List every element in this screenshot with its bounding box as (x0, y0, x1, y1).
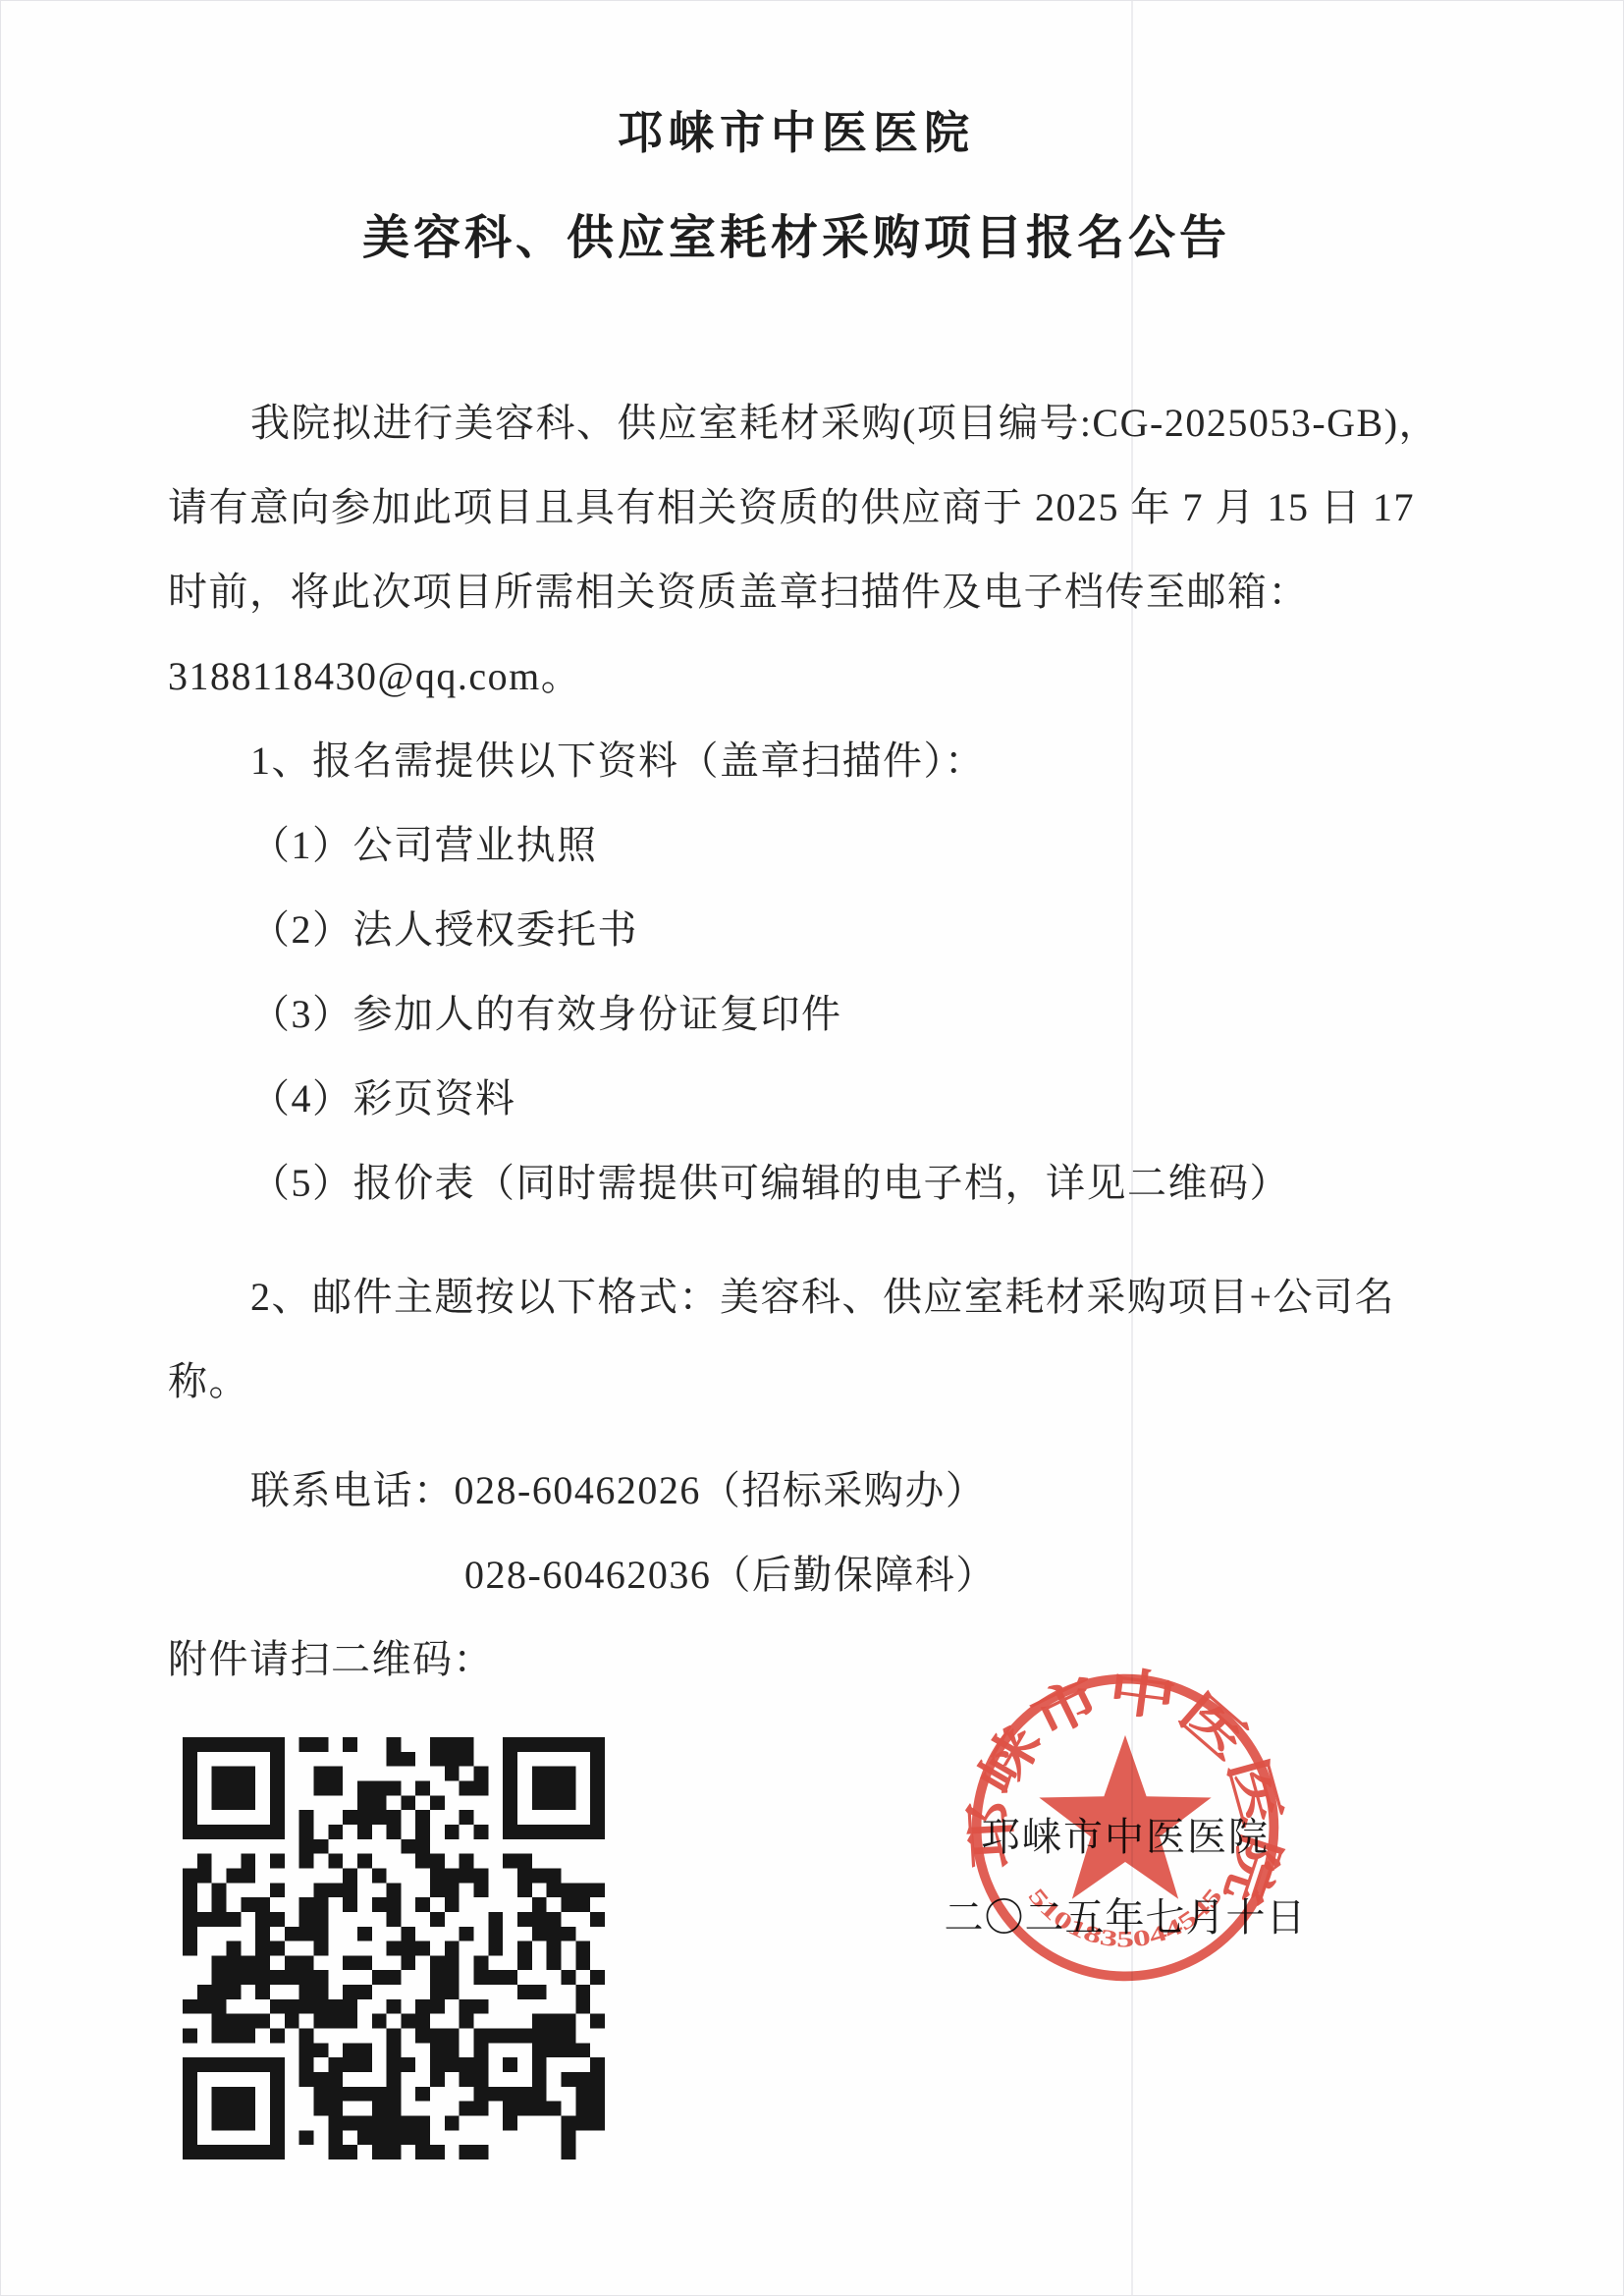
scanned-document-page: 邛崃市中医医院 美容科、供应室耗材采购项目报名公告 我院拟进行美容科、供应室耗材… (0, 0, 1624, 2296)
document-body: 我院拟进行美容科、供应室耗材采购(项目编号:CG-2025053-GB)， 请有… (168, 381, 1484, 1702)
paragraph-line-email: 3188118430@qq.com。 (168, 634, 1484, 719)
list-item: （2）法人授权委托书 (168, 888, 1484, 972)
list-item: （3）参加人的有效身份证复印件 (168, 972, 1484, 1057)
seal-arc-text: 邛崃市中医医院 (963, 1666, 1287, 1911)
document-subtitle: 美容科、供应室耗材采购项目报名公告 (1, 199, 1592, 278)
list-item: （4）彩页资料 (168, 1057, 1484, 1141)
list-item: （5）报价表（同时需提供可编辑的电子档，详见二维码） (168, 1141, 1484, 1226)
contact-phone-1: 联系电话：028-60462026（招标采购办） (168, 1449, 1484, 1533)
paragraph-line: 2、邮件主题按以下格式：美容科、供应室耗材采购项目+公司名 (168, 1255, 1484, 1339)
contact-phone-2: 028-60462036（后勤保障科） (168, 1533, 1484, 1617)
document-header: 邛崃市中医医院 美容科、供应室耗材采购项目报名公告 (1, 99, 1592, 278)
paragraph-line: 时前，将此次项目所需相关资质盖章扫描件及电子档传至邮箱： (168, 550, 1484, 634)
attachment-note: 附件请扫二维码： (168, 1617, 1484, 1702)
paragraph-line: 请有意向参加此项目且具有相关资质的供应商于 2025 年 7 月 15 日 17 (168, 465, 1484, 550)
paragraph-line: 称。 (168, 1339, 1484, 1424)
signature-organization: 邛崃市中医医院 (929, 1806, 1322, 1862)
qr-code (183, 1737, 605, 2159)
paragraph-line: 我院拟进行美容科、供应室耗材采购(项目编号:CG-2025053-GB)， (168, 381, 1484, 465)
signature-date: 二〇二五年七月十日 (909, 1886, 1341, 1942)
document-title: 邛崃市中医医院 (1, 99, 1592, 168)
list-item: （1）公司营业执照 (168, 803, 1484, 888)
list-heading: 1、报名需提供以下资料（盖章扫描件）： (168, 719, 1484, 803)
